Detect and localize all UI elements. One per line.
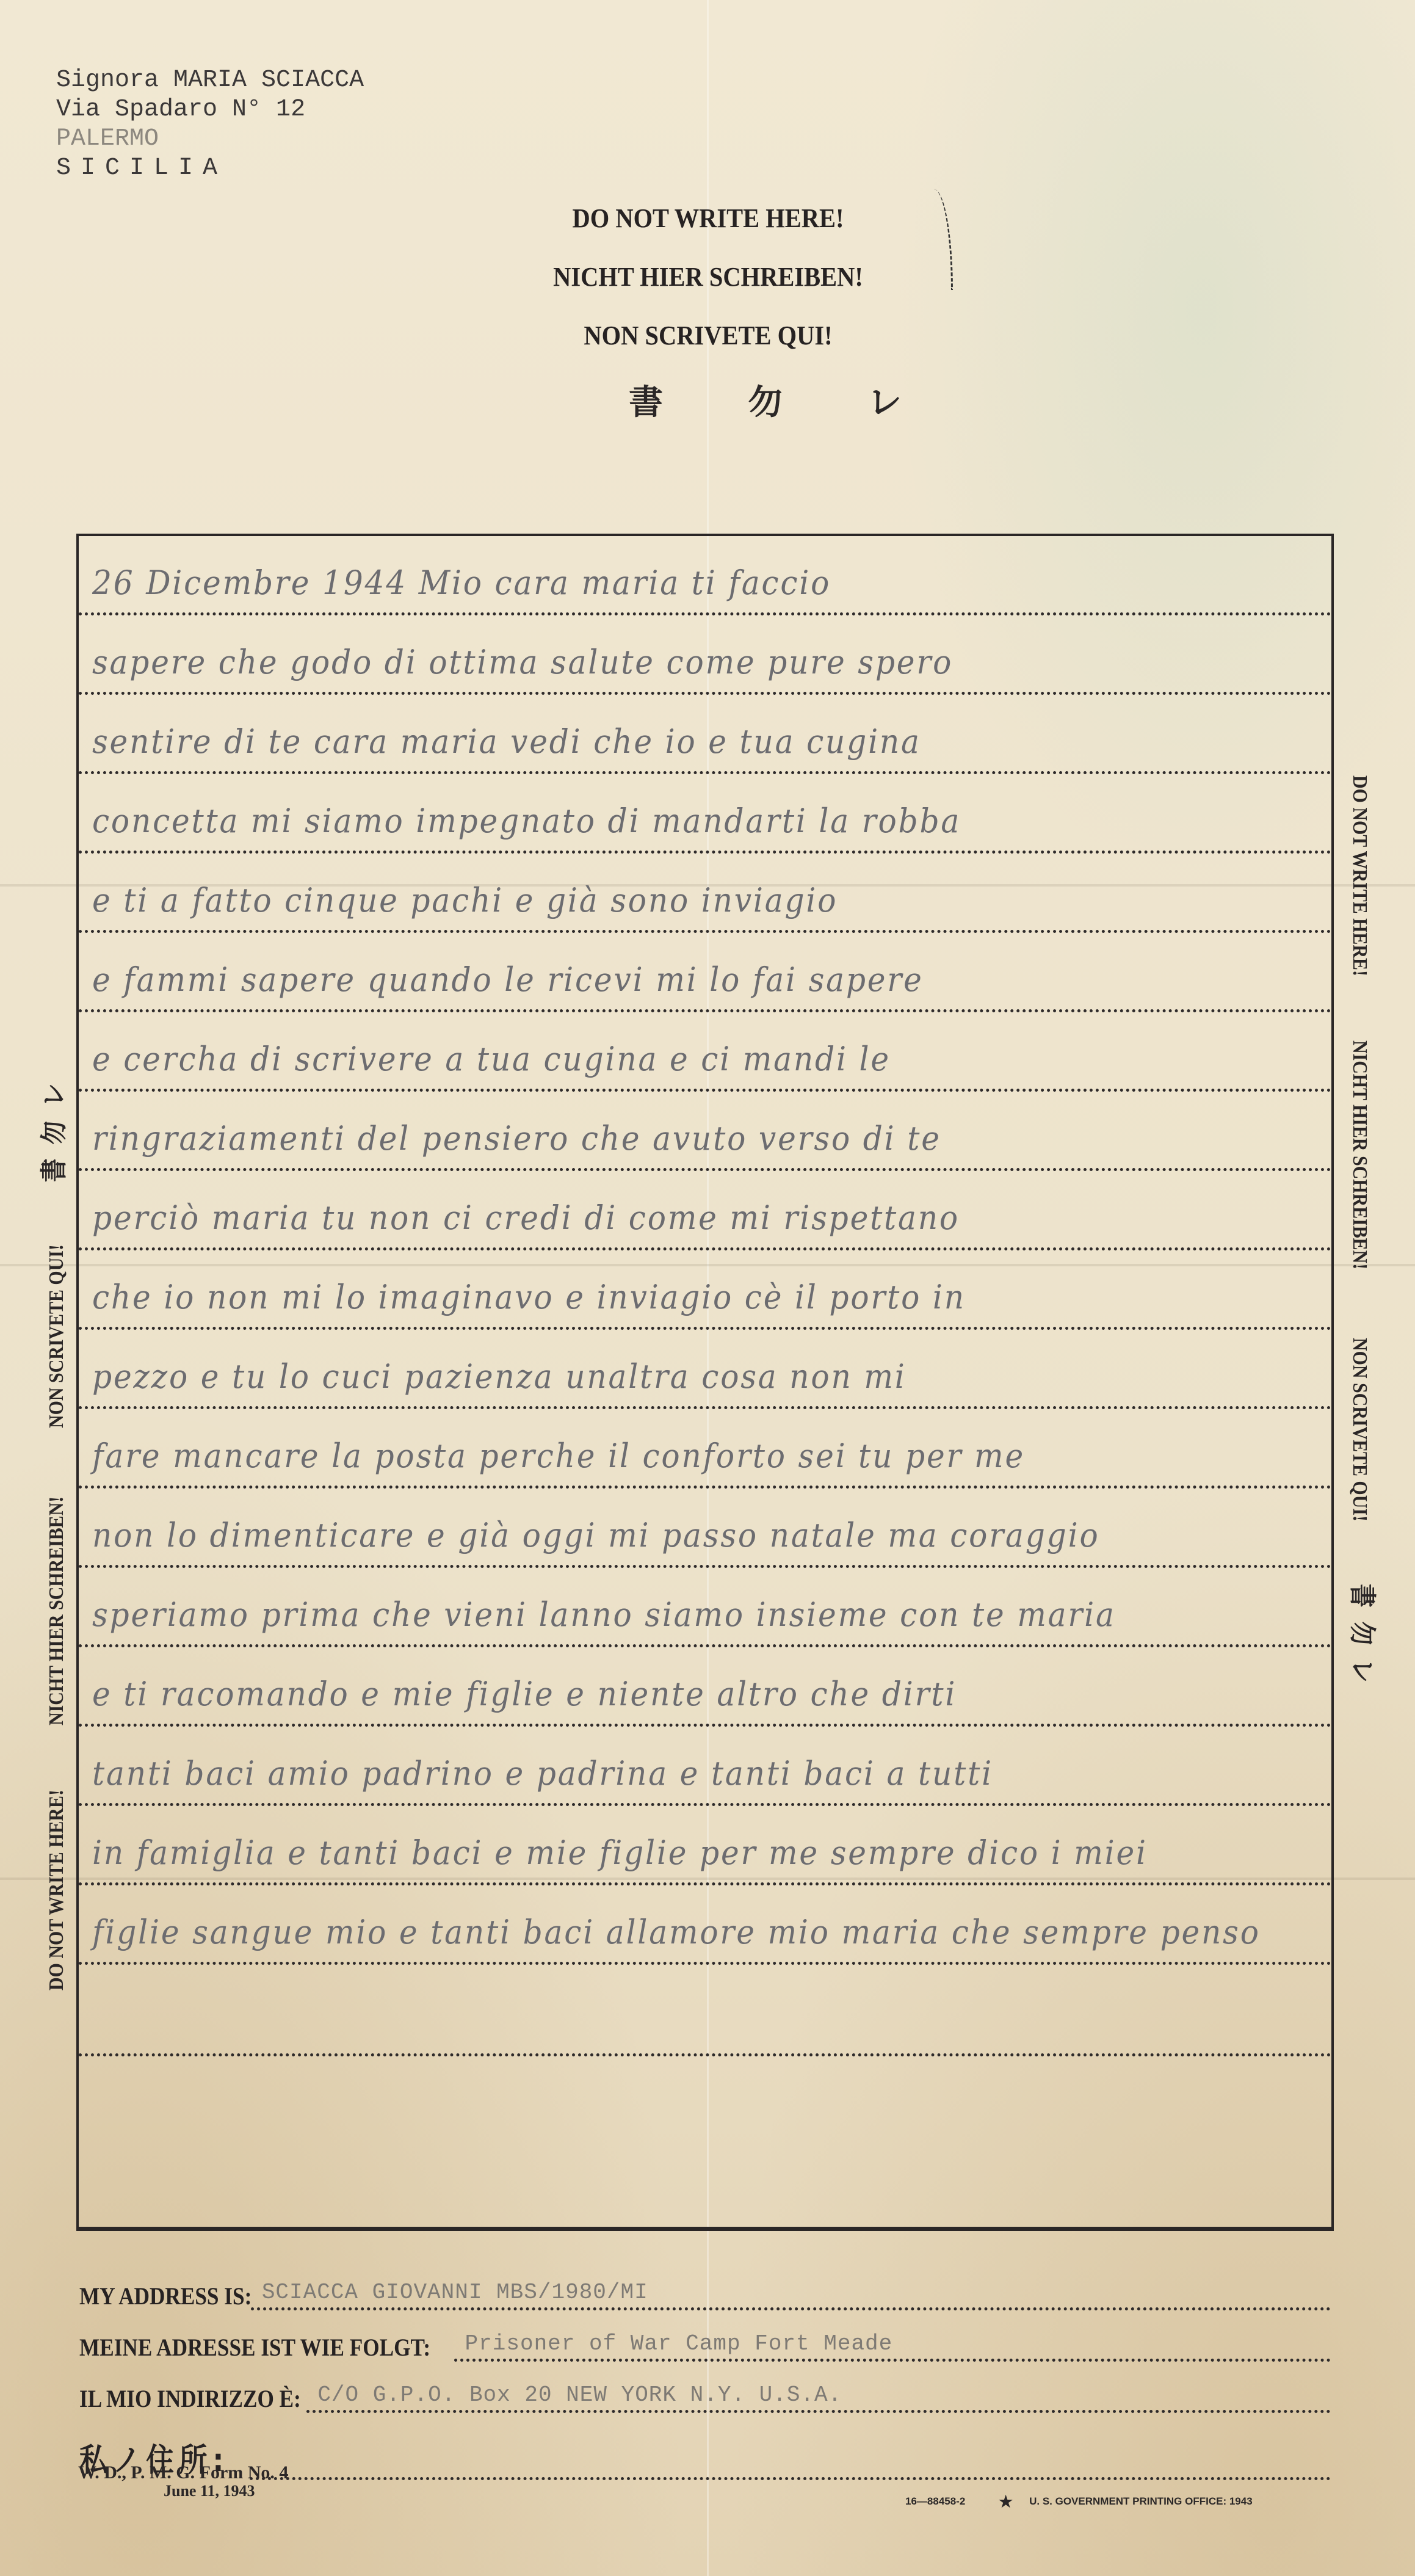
address-field-italian: C/O G.P.O. Box 20 NEW YORK N.Y. U.S.A. <box>306 2383 1331 2413</box>
warning-italian: NON SCRIVETE QUI! <box>494 307 921 365</box>
letter-writing-area: 26 Dicembre 1944 Mio cara maria ti facci… <box>76 534 1334 2231</box>
recipient-street: Via Spadaro N° 12 <box>56 95 364 125</box>
letter-line: fare mancare la posta perche il conforto… <box>79 1409 1331 1489</box>
side-warning-italian: NON SCRIVETE QUI! <box>45 1244 68 1428</box>
address-row-english: MY ADDRESS IS: SCIACCA GIOVANNI MBS/1980… <box>79 2259 1331 2310</box>
letter-line: 26 Dicembre 1944 Mio cara maria ti facci… <box>79 536 1331 615</box>
letter-line: sentire di te cara maria vedi che io e t… <box>79 695 1331 774</box>
letter-line: in famiglia e tanti baci e mie figlie pe… <box>79 1806 1331 1885</box>
letter-line: tanti baci amio padrino e padrina e tant… <box>79 1727 1331 1806</box>
side-warning-japanese: 書勿レ <box>32 1070 71 1183</box>
letter-line: e ti a fatto cinque pachi e già sono inv… <box>79 854 1331 933</box>
side-warning-italian: NON SCRIVETE QUI! <box>1348 1338 1371 1522</box>
letter-line: e cercha di scrivere a tua cugina e ci m… <box>79 1012 1331 1092</box>
warning-german: NICHT HIER SCHREIBEN! <box>494 248 921 307</box>
form-number-text: W. D., P. M. G. Form No. 4 <box>78 2462 288 2483</box>
side-warning-german: NICHT HIER SCHREIBEN! <box>45 1497 68 1725</box>
recipient-address: Signora MARIA SCIACCA Via Spadaro N° 12 … <box>56 66 364 183</box>
recipient-region: SICILIA <box>56 154 364 183</box>
address-field-japanese <box>250 2440 1331 2480</box>
star-icon: ★ <box>999 2492 1013 2511</box>
side-warning-english: DO NOT WRITE HERE! <box>1348 775 1371 976</box>
address-label-english: MY ADDRESS IS: <box>79 2282 252 2310</box>
address-label-italian: IL MIO INDIRIZZO È: <box>79 2384 301 2413</box>
side-warning-english: DO NOT WRITE HERE! <box>45 1790 68 1990</box>
form-number: W. D., P. M. G. Form No. 4 June 11, 1943 <box>78 2464 288 2500</box>
recipient-city: PALERMO <box>56 125 364 154</box>
side-warning-right: DO NOT WRITE HERE! NICHT HIER SCHREIBEN!… <box>1345 775 1384 1744</box>
address-field-english: SCIACCA GIOVANNI MBS/1980/MI <box>251 2280 1331 2310</box>
side-warning-left: DO NOT WRITE HERE! NICHT HIER SCHREIBEN!… <box>32 1022 71 1990</box>
print-code: 16—88458-2 <box>905 2495 965 2507</box>
form-date: June 11, 1943 <box>164 2482 288 2500</box>
side-warning-german: NICHT HIER SCHREIBEN! <box>1348 1040 1371 1269</box>
letter-line: che io non mi lo imaginavo e inviagio cè… <box>79 1250 1331 1330</box>
letter-line <box>79 1977 1331 2056</box>
letter-line: sapere che godo di ottima salute come pu… <box>79 615 1331 695</box>
warning-japanese: 書 勿 レ <box>629 376 938 424</box>
sender-address-block: MY ADDRESS IS: SCIACCA GIOVANNI MBS/1980… <box>79 2259 1331 2480</box>
letter-line: perciò maria tu non ci credi di come mi … <box>79 1171 1331 1250</box>
side-warning-japanese: 書勿レ <box>1345 1584 1384 1697</box>
letter-line: figlie sangue mio e tanti baci allamore … <box>79 1885 1331 1965</box>
warning-english: DO NOT WRITE HERE! <box>494 189 921 248</box>
letter-line: concetta mi siamo impegnato di mandarti … <box>79 774 1331 854</box>
do-not-write-warning: DO NOT WRITE HERE! NICHT HIER SCHREIBEN!… <box>494 189 921 365</box>
printer-name: U. S. GOVERNMENT PRINTING OFFICE: 1943 <box>1029 2495 1253 2507</box>
pen-mark <box>934 189 953 290</box>
address-label-german: MEINE ADRESSE IST WIE FOLGT: <box>79 2333 430 2362</box>
address-row-italian: IL MIO INDIRIZZO È: C/O G.P.O. Box 20 NE… <box>79 2362 1331 2413</box>
address-field-german: Prisoner of War Camp Fort Meade <box>454 2332 1331 2362</box>
letter-line: ringraziamenti del pensiero che avuto ve… <box>79 1092 1331 1171</box>
letter-line: e fammi sapere quando le ricevi mi lo fa… <box>79 933 1331 1012</box>
recipient-name: Signora MARIA SCIACCA <box>56 66 364 95</box>
printer-line: 16—88458-2 ★ U. S. GOVERNMENT PRINTING O… <box>905 2492 1253 2511</box>
letter-line: e ti racomando e mie figlie e niente alt… <box>79 1647 1331 1727</box>
address-row-german: MEINE ADRESSE IST WIE FOLGT: Prisoner of… <box>79 2310 1331 2362</box>
letter-line: pezzo e tu lo cuci pazienza unaltra cosa… <box>79 1330 1331 1409</box>
letter-line: non lo dimenticare e già oggi mi passo n… <box>79 1489 1331 1568</box>
letter-line: speriamo prima che vieni lanno siamo ins… <box>79 1568 1331 1647</box>
